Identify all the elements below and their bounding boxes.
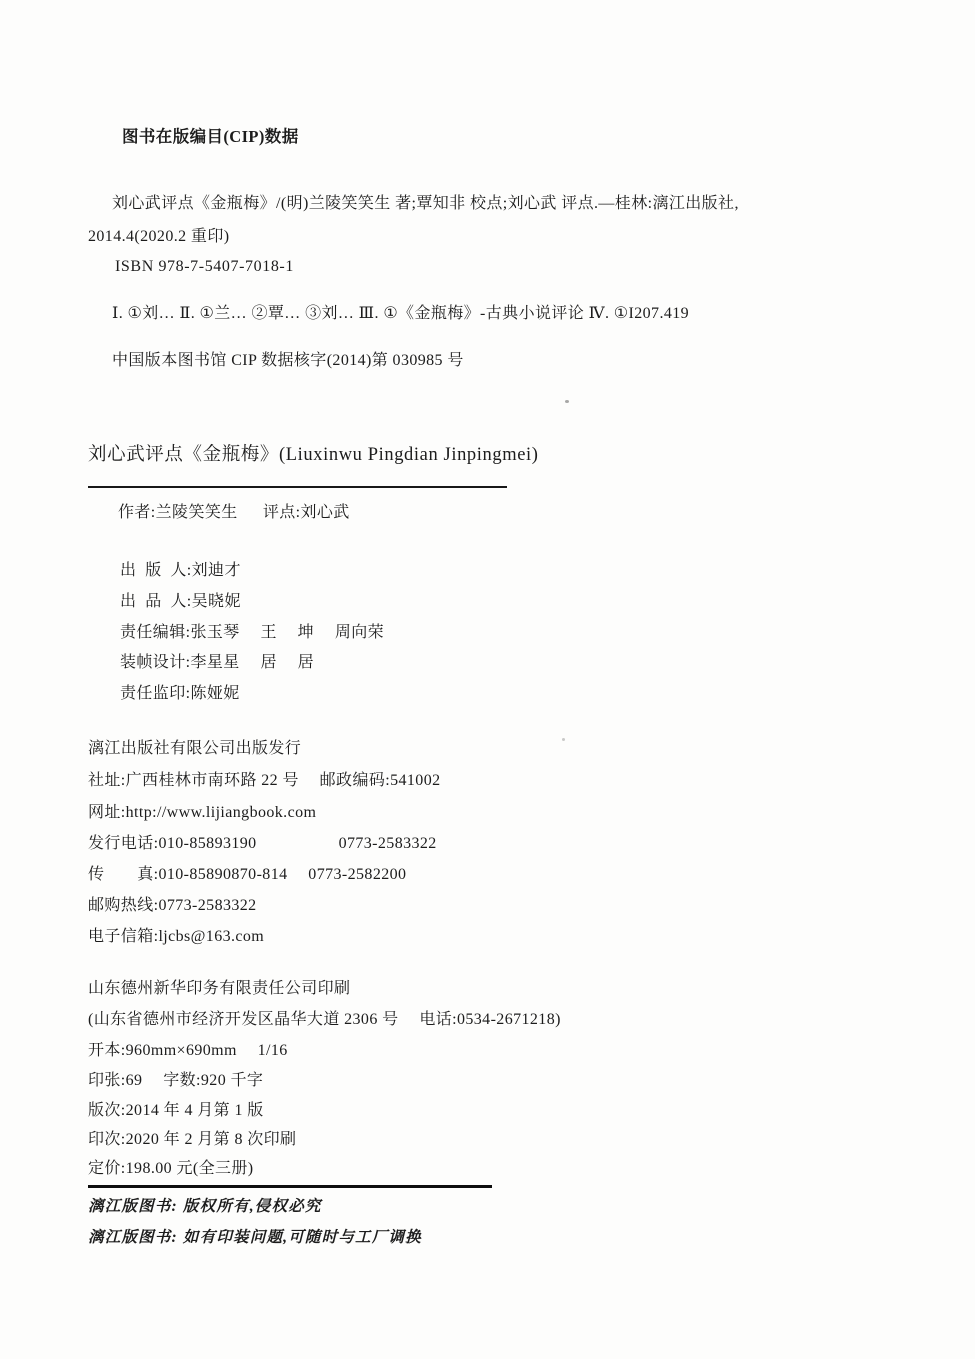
printer-address-line: (山东省德州市经济开发区晶华大道 2306 号 电话:0534-2671218) — [88, 1010, 561, 1030]
publisher-website: 网址:http://www.lijiangbook.com — [88, 803, 316, 823]
book-copyright-page: 图书在版编目(CIP)数据 刘心武评点《金瓶梅》/(明)兰陵笑笑生 著;覃知非 … — [0, 0, 975, 1359]
impression-line: 印次:2020 年 2 月第 8 次印刷 — [88, 1130, 296, 1150]
isbn-line: ISBN 978-7-5407-7018-1 — [115, 257, 294, 277]
staff-line-producer: 出 品 人:吴晓妮 — [120, 592, 241, 612]
sales-phone-line: 发行电话:010-85893190 0773-2583322 — [88, 834, 437, 854]
staff-line-designers: 装帧设计:李星星 居 居 — [120, 653, 314, 673]
fax-line: 传 真:010-85890870-814 0773-2582200 — [88, 865, 406, 885]
scan-speck — [565, 400, 569, 403]
price-line: 定价:198.00 元(全三册) — [88, 1159, 254, 1179]
cip-classification: Ⅰ. ①刘… Ⅱ. ①兰… ②覃… ③刘… Ⅲ. ①《金瓶梅》-古典小说评论 Ⅳ… — [112, 304, 689, 324]
copyright-notice-line: 漓江版图书: 版权所有,侵权必究 — [88, 1197, 322, 1216]
cip-record-number: 中国版本图书馆 CIP 数据核字(2014)第 030985 号 — [112, 351, 464, 371]
cip-entry-line-1: 刘心武评点《金瓶梅》/(明)兰陵笑笑生 著;覃知非 校点;刘心武 评点.—桂林:… — [112, 194, 739, 214]
cip-header: 图书在版编目(CIP)数据 — [122, 127, 299, 148]
email-line: 电子信箱:ljcbs@163.com — [88, 927, 264, 947]
staff-line-print-supervisor: 责任监印:陈娅妮 — [120, 684, 240, 704]
printer-line: 山东德州新华印务有限责任公司印刷 — [88, 979, 350, 999]
format-line: 开本:960mm×690mm 1/16 — [88, 1041, 288, 1061]
staff-line-editors: 责任编辑:张玉琴 王 坤 周向荣 — [120, 623, 384, 643]
publisher-issue-line: 漓江出版社有限公司出版发行 — [88, 739, 301, 759]
author-line: 作者:兰陵笑笑生 评点:刘心武 — [118, 503, 350, 523]
scan-speck — [562, 738, 565, 741]
cip-entry-line-2: 2014.4(2020.2 重印) — [88, 227, 229, 247]
publisher-address: 社址:广西桂林市南环路 22 号 邮政编码:541002 — [88, 771, 441, 791]
bottom-divider — [88, 1185, 492, 1188]
mail-order-line: 邮购热线:0773-2583322 — [88, 896, 257, 916]
book-title: 刘心武评点《金瓶梅》(Liuxinwu Pingdian Jinpingmei) — [88, 444, 539, 467]
sheets-line: 印张:69 字数:920 千字 — [88, 1071, 263, 1091]
title-divider — [88, 486, 507, 488]
binding-notice-line: 漓江版图书: 如有印装问题,可随时与工厂调换 — [88, 1228, 422, 1247]
staff-line-publisher-person: 出 版 人:刘迪才 — [120, 561, 241, 581]
edition-line: 版次:2014 年 4 月第 1 版 — [88, 1101, 264, 1121]
